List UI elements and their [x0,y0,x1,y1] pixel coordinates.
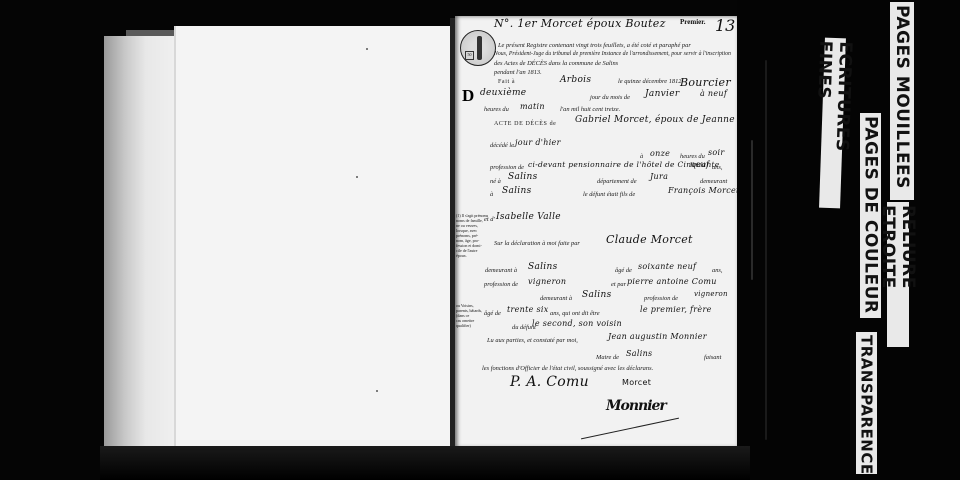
declarant1-age-suffix: ans, [712,268,722,274]
binding-streak [765,60,767,440]
age-value: neuf [690,160,709,169]
label-pages-mouillees: PAGES MOUILLEES [890,2,914,200]
blank-verso-page [174,26,450,450]
label-pages-de-couleur: PAGES DE COULEUR [860,113,881,318]
at-hours-value: onze [650,149,670,158]
day-value: deuxième [480,88,526,98]
preamble-line-1: Le présent Registre contenant vingt troi… [498,43,691,49]
bottom-book-shadow [100,446,750,480]
mayor-place: Salins [626,349,652,358]
preamble-place: Arbois [560,75,591,85]
defunct-label: le défunt était fils de [583,192,635,198]
signature-monnier: Monnier [606,398,666,414]
reading-label: Lu aux parties, et constaté par moi, [487,338,578,344]
declarant1-residing: Salins [528,262,558,272]
age-label: ans, [712,165,722,171]
declarant2-profession: vigneron [694,290,728,298]
premier-label: Premier. [680,18,705,26]
seal-figure [477,36,482,60]
time-value: à neuf [700,89,727,98]
declarant2-residing: Salins [582,290,612,300]
record-initial: D [462,86,474,106]
declarant2-age-label: âgé de [484,311,501,317]
declarant2-age: trente six [507,305,549,314]
declarant2-profession-label: profession de [644,296,678,302]
died-label: décédé le [490,143,514,149]
hours-label: heures du [484,107,509,113]
department-label: département de [597,179,637,185]
hours-of-value: soir [708,148,725,157]
officer-name: Jean augustin Monnier [608,332,707,341]
mother-name: Isabelle Valle [496,212,561,222]
period-value: matin [520,102,545,111]
president-signature: Bourcier [680,76,731,89]
folio-number: 13 [715,16,735,35]
label-ecritures-fines: ECRITURES FINES [819,38,846,209]
folio-heading: N°. 1er Morcet époux Boutez [494,17,666,30]
margin-note-bottom: ou Voisins, parents, bâtards, (dans ce c… [456,303,482,328]
relation-first: le premier, frère [640,305,712,314]
residing-label: demeurant [700,179,727,185]
declarant1-profession: vigneron [528,277,566,286]
day-label: jour du mois de [590,95,630,101]
residing-prefix: à [490,192,493,198]
mayor-label: Maire de [596,355,619,361]
born-label: né à [490,179,501,185]
declarant2-name: pierre antoine Comu [627,277,717,286]
declarant2-age-suffix: ans, qui ont dit être [550,311,600,317]
paper-speck [376,390,378,392]
declaration-label: Sur la déclaration à moi faite par [494,241,580,247]
acting-label: faisant [704,355,721,361]
binding-streak [751,140,753,280]
declarant1-age-label: âgé de [615,268,632,274]
preamble-line-4: pendant l'an 1813. [494,70,542,76]
year-text: l'an mil huit cent treize. [560,107,620,113]
preamble-line-3: des Actes de DÉCÈS dans la commune de Sa… [494,61,618,67]
closing-line: les fonctions d'Officier de l'état civil… [482,366,653,372]
born-place: Salins [508,172,538,182]
declarant1-age: soixante neuf [638,262,696,271]
preamble-line-2: Nous, Président-Juge du tribunal de prem… [494,52,731,58]
declarant1-name: Claude Morcet [606,233,693,246]
declarant2-residing-label: demeurant à [540,296,572,302]
preamble-fait-label: Fait à [498,79,515,85]
signature-morcet: Morcet [622,378,651,387]
paper-speck [366,48,368,50]
declarant1-residing-label: demeurant à [485,268,517,274]
paper-speck [356,176,358,178]
month-value: Janvier [645,89,679,99]
margin-note-top: (1) Il s'agit prénoms noms de famille, n… [456,213,488,258]
declarant2-label: et par [611,282,626,288]
preamble-date: le quinze décembre 1812. [618,79,683,85]
label-transparence: TRANSPARENCE [856,332,877,474]
residing-place: Salins [502,186,532,196]
profession-label: profession de [490,165,524,171]
seal-value-box: 50 [465,51,474,60]
label-reliure-etroite: RELIURE ETROITE [887,202,909,347]
signature-comu: P. A. Comu [510,374,589,390]
declarant1-profession-label: profession de [484,282,518,288]
relation2-value: le second, son voisin [532,319,622,328]
scanned-microfilm-frame: N°. 1er Morcet époux Boutez Premier. 13 … [0,0,960,480]
father-first: François Morcet [668,186,740,195]
stamp-seal-icon: 50 [460,30,496,66]
act-label: ACTE DE DÉCÈS de [494,121,556,127]
department-value: Jura [650,172,668,181]
died-when: jour d'hier [515,138,561,147]
flyleaf-edge [104,36,174,460]
